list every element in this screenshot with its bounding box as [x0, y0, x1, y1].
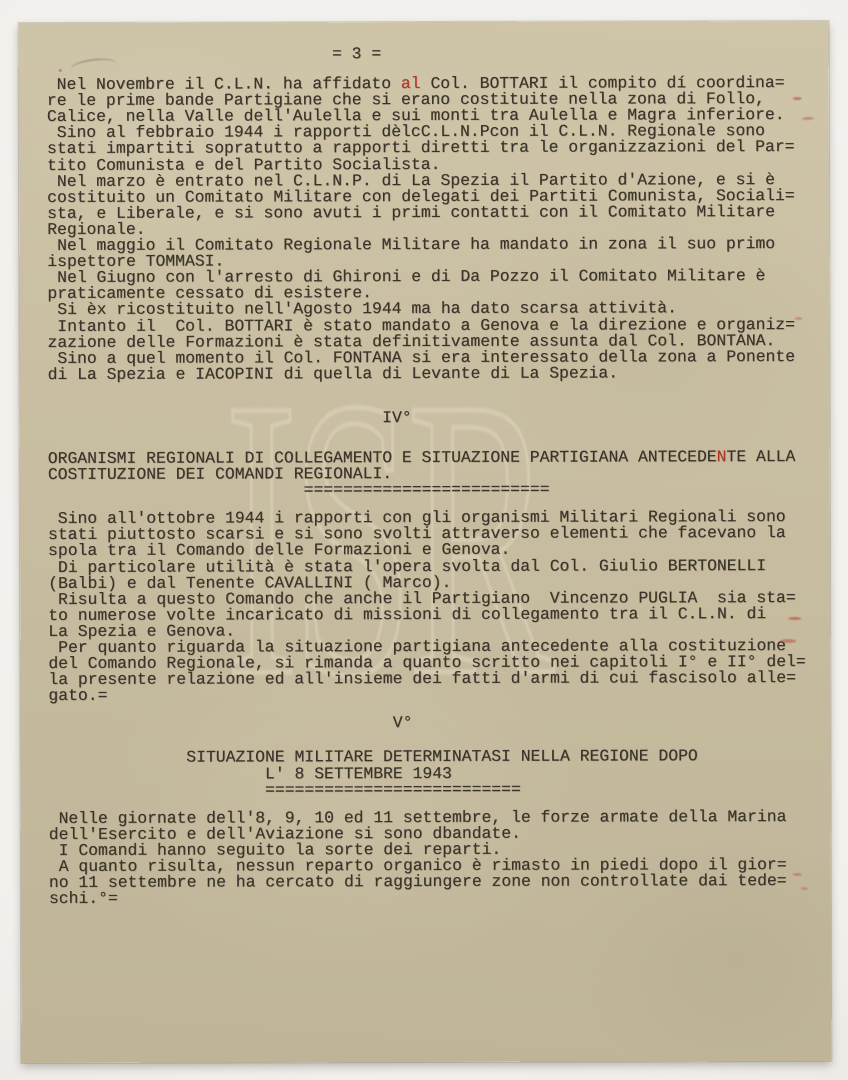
red-stray-mark [793, 97, 802, 100]
ink-segment: no 11 settembre ne ha cercato di raggiun… [49, 871, 787, 892]
red-ink-segment: N [717, 447, 727, 466]
red-stray-mark [793, 873, 802, 876]
text-line: no 11 settembre ne ha cercato di raggiun… [49, 873, 823, 891]
ink-segment: ========================== [49, 779, 521, 799]
ink-segment: ========================= [48, 480, 550, 500]
text-line: schi.°= [49, 889, 823, 907]
ink-segment: sta, e Liberale, e si sono avuti i primi… [47, 202, 775, 223]
red-stray-mark [802, 117, 814, 120]
text-line: sta, e Liberale, e si sono avuti i primi… [47, 204, 821, 222]
ink-segment: gato.= [48, 686, 107, 705]
ink-segment: di La Spezia e IACOPINI di quella di Lev… [48, 363, 619, 383]
document-page: ISR = 3 = Nel Novembre il C.L.N. ha affi… [19, 21, 832, 1063]
photo-backdrop: ISR = 3 = Nel Novembre il C.L.N. ha affi… [0, 0, 848, 1080]
red-stray-mark [801, 887, 808, 890]
text-line: la presente relazione ed all'insieme dei… [48, 670, 822, 688]
ink-segment: IV° [48, 408, 412, 428]
pencil-dot-mark [59, 69, 62, 72]
ink-segment: schi.°= [49, 889, 118, 908]
red-stray-mark [780, 639, 796, 643]
red-stray-mark [794, 317, 802, 320]
ink-segment: V° [48, 713, 412, 733]
typewritten-text: = 3 = Nel Novembre il C.L.N. ha affidato… [47, 45, 823, 907]
vertical-space [48, 381, 822, 411]
red-stray-mark [788, 617, 801, 620]
ink-segment: la presente relazione ed all'insieme dei… [48, 668, 796, 689]
ink-segment: TE ALLA [726, 447, 795, 466]
